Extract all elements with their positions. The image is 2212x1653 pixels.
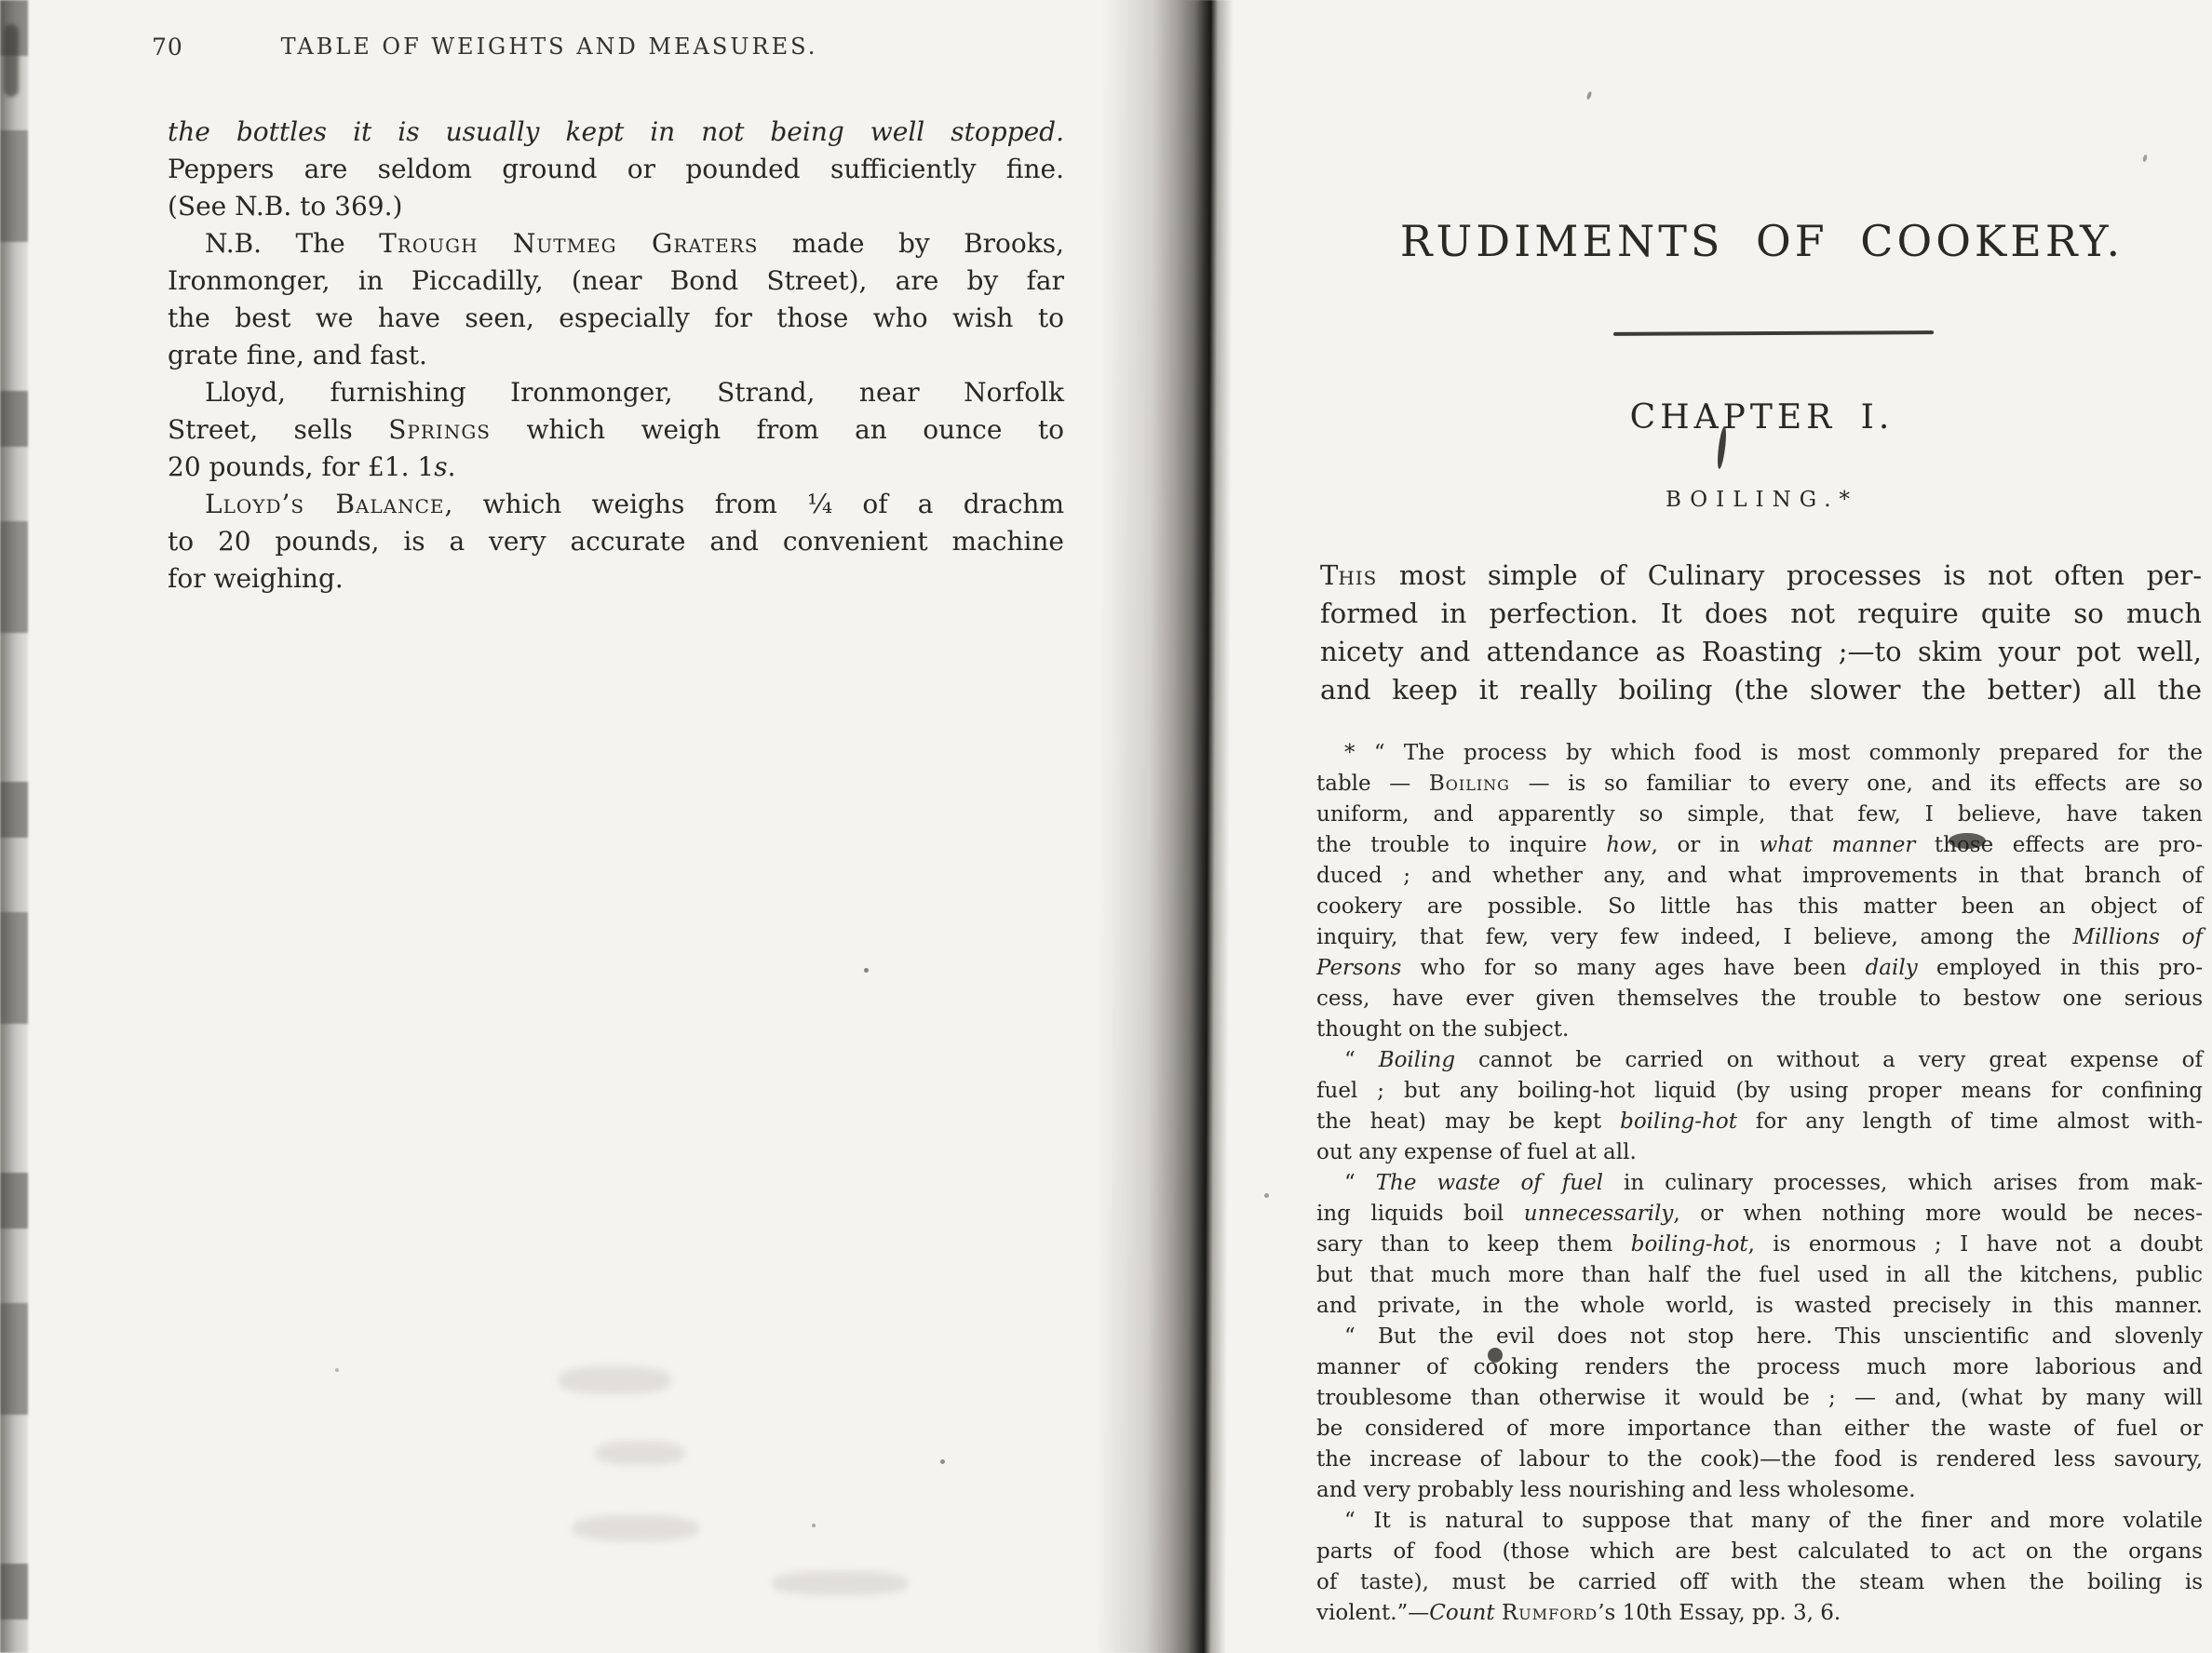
bleed-through-smudge	[596, 1441, 684, 1465]
text-segment: Trough Nutmeg Graters	[379, 228, 758, 259]
text-segment: the best we have seen, especially for th…	[168, 302, 1064, 333]
text-line: fuel ; but any boiling-hot liquid (by us…	[1316, 1076, 2203, 1107]
text-line: N.B. The Trough Nutmeg Graters made by B…	[168, 225, 1064, 262]
text-segment: employed in this pro-	[1918, 956, 2203, 980]
text-segment: , which weighs from ¼ of a drachm	[445, 489, 1065, 519]
text-line: and keep it really boiling (the slower t…	[1320, 671, 2202, 709]
dust-speck	[1264, 1193, 1269, 1198]
dust-speck	[864, 968, 869, 973]
bleed-through-smudge	[573, 1515, 698, 1541]
text-line: but that much more than half the fuel us…	[1316, 1260, 2203, 1291]
text-segment: made by Brooks,	[758, 228, 1064, 259]
text-segment: but that much more than half the fuel us…	[1316, 1263, 2203, 1287]
text-segment: and very probably less nourishing and le…	[1316, 1478, 1916, 1502]
text-segment: , or when nothing more would be neces-	[1673, 1202, 2203, 1226]
text-segment: (See N.B. to 369.)	[168, 191, 402, 222]
text-segment: for weighing.	[168, 563, 344, 594]
text-segment: “	[1344, 1048, 1379, 1072]
text-segment: inquiry, that few, very few indeed, I be…	[1316, 925, 2073, 949]
text-segment: Count	[1429, 1601, 1494, 1625]
text-line: “ It is natural to suppose that many of …	[1316, 1506, 2203, 1537]
text-segment: , is enormous ; I have not a doubt	[1748, 1232, 2203, 1257]
text-line: “ Boiling cannot be carried on without a…	[1316, 1045, 2203, 1076]
text-segment: thought on the subject.	[1316, 1017, 1569, 1042]
text-segment: * “ The process by which food is most co…	[1344, 741, 2203, 765]
text-line: cookery are possible. So little has this…	[1316, 892, 2203, 922]
text-segment: parts of food (those which are best calc…	[1316, 1539, 2203, 1564]
text-segment: boiling-hot	[1620, 1109, 1737, 1134]
title-divider-rule	[1613, 330, 1934, 336]
text-segment: fuel ; but any boiling-hot liquid (by us…	[1316, 1079, 2203, 1103]
running-header: TABLE OF WEIGHTS AND MEASURES.	[158, 34, 940, 60]
text-segment: sary than to keep them	[1316, 1232, 1631, 1257]
text-segment: s	[434, 451, 447, 482]
text-segment: who for so many ages have been	[1401, 956, 1865, 980]
chapter-body: This most simple of Culinary processes i…	[1320, 557, 2202, 709]
text-line: the bottles it is usually kept in not be…	[168, 114, 1064, 151]
text-segment: 20 pounds, for £1. 1	[168, 451, 434, 482]
bleed-through-smudge	[773, 1571, 908, 1595]
text-line: formed in perfection. It does not requir…	[1320, 595, 2202, 633]
text-line: sary than to keep them boiling-hot, is e…	[1316, 1230, 2203, 1260]
text-line: (See N.B. to 369.)	[168, 188, 1064, 225]
text-line: troublesome than otherwise it would be ;…	[1316, 1383, 2203, 1414]
book-title: RUDIMENTS OF COOKERY.	[1322, 216, 2202, 266]
text-line: for weighing.	[168, 560, 1064, 598]
text-segment: Lloyd’s Balance	[205, 489, 445, 519]
text-segment: Ironmonger, in Piccadilly, (near Bond St…	[168, 265, 1064, 296]
text-segment: most simple of Culinary processes is not…	[1377, 559, 2202, 591]
text-line: the best we have seen, especially for th…	[168, 300, 1064, 337]
text-segment: troublesome than otherwise it would be ;…	[1316, 1386, 2203, 1410]
text-segment: ’s 10th Essay, pp. 3, 6.	[1598, 1601, 1841, 1625]
text-segment: “ But the evil does not stop here. This …	[1344, 1324, 2203, 1349]
text-segment: formed in perfection. It does not requir…	[1320, 598, 2202, 629]
text-segment: ing liquids boil	[1316, 1202, 1524, 1226]
text-line: “ But the evil does not stop here. This …	[1316, 1322, 2203, 1352]
dust-speck	[812, 1524, 816, 1527]
text-line: duced ; and whether any, and what improv…	[1316, 861, 2203, 892]
text-segment: the increase of labour to the cook)—the …	[1316, 1447, 2203, 1472]
text-segment: Springs	[388, 414, 491, 445]
text-line: ing liquids boil unnecessarily, or when …	[1316, 1199, 2203, 1230]
left-page-body: the bottles it is usually kept in not be…	[168, 114, 1064, 598]
text-segment: Boiling	[1379, 1048, 1455, 1072]
text-segment: the heat) may be kept	[1316, 1109, 1620, 1134]
text-segment: nicety and attendance as Roasting ;—to s…	[1320, 636, 2202, 667]
text-segment: uniform, and apparently so simple, that …	[1316, 802, 2203, 826]
text-segment: cess, have ever given themselves the tro…	[1316, 987, 2203, 1011]
text-segment: Persons	[1316, 956, 1401, 980]
text-segment: the bottles it is usually kept in not be…	[168, 116, 1064, 147]
text-segment: Millions of	[2073, 925, 2204, 949]
dust-speck	[335, 1368, 339, 1372]
text-segment: N.B. The	[205, 228, 379, 259]
text-segment: unnecessarily	[1524, 1202, 1674, 1226]
text-line: “ The waste of fuel in culinary processe…	[1316, 1168, 2203, 1199]
dust-speck	[940, 1459, 945, 1464]
text-segment: T	[1320, 559, 1338, 591]
text-line: Lloyd, furnishing Ironmonger, Strand, ne…	[168, 374, 1064, 411]
text-line: inquiry, that few, very few indeed, I be…	[1316, 922, 2203, 953]
text-segment: Lloyd, furnishing Ironmonger, Strand, ne…	[205, 377, 1064, 408]
text-line: the heat) may be kept boiling-hot for an…	[1316, 1107, 2203, 1137]
text-line: be considered of more importance than ei…	[1316, 1414, 2203, 1445]
scan-edge-left	[0, 0, 28, 1653]
text-line: of taste), must be carried off with the …	[1316, 1567, 2203, 1598]
text-segment: Boiling	[1429, 772, 1510, 796]
text-line: * “ The process by which food is most co…	[1316, 738, 2203, 769]
text-line: out any expense of fuel at all.	[1316, 1137, 2203, 1168]
text-segment: grate fine, and fast.	[168, 340, 427, 370]
text-line: violent.”—Count Rumford’s 10th Essay, pp…	[1316, 1598, 2203, 1629]
text-line: Peppers are seldom ground or pounded suf…	[168, 151, 1064, 188]
text-line: the trouble to inquire how, or in what m…	[1316, 830, 2203, 861]
text-segment: table —	[1316, 772, 1429, 796]
text-segment: daily	[1866, 956, 1918, 980]
text-segment: Peppers are seldom ground or pounded suf…	[168, 154, 1064, 184]
text-line: Persons who for so many ages have been d…	[1316, 953, 2203, 984]
text-line: parts of food (those which are best calc…	[1316, 1537, 2203, 1567]
text-segment: and keep it really boiling (the slower t…	[1320, 674, 2202, 706]
text-segment: and private, in the whole world, is wast…	[1316, 1294, 2203, 1318]
text-segment: out any expense of fuel at all.	[1316, 1140, 1637, 1164]
text-line: uniform, and apparently so simple, that …	[1316, 800, 2203, 830]
text-segment: — is so familiar to every one, and its e…	[1510, 772, 2203, 796]
text-segment: “ It is natural to suppose that many of …	[1344, 1509, 2203, 1533]
text-segment: in culinary processes, which arises from…	[1603, 1171, 2203, 1195]
text-segment: for any length of time almost with-	[1737, 1109, 2203, 1134]
text-segment: the trouble to inquire	[1316, 833, 1606, 857]
dust-speck	[1586, 91, 1593, 101]
text-segment: “	[1344, 1171, 1376, 1195]
text-segment: what manner	[1760, 833, 1916, 857]
text-segment: cannot be carried on without a very grea…	[1455, 1048, 2203, 1072]
text-line: to 20 pounds, is a very accurate and con…	[168, 523, 1064, 560]
text-segment: cookery are possible. So little has this…	[1316, 894, 2203, 919]
text-line: and very probably less nourishing and le…	[1316, 1475, 2203, 1506]
text-line: This most simple of Culinary processes i…	[1320, 557, 2202, 595]
text-segment: to 20 pounds, is a very accurate and con…	[168, 526, 1064, 557]
text-segment: Street, sells	[168, 414, 388, 445]
text-segment: Rumford	[1502, 1601, 1598, 1625]
text-segment: violent.”—	[1316, 1601, 1429, 1625]
bleed-through-smudge	[559, 1366, 670, 1394]
dust-speck	[2142, 155, 2148, 163]
text-segment: manner of cooking renders the process mu…	[1316, 1355, 2203, 1379]
book-scan: 70 TABLE OF WEIGHTS AND MEASURES. the bo…	[0, 0, 2212, 1653]
text-line: and private, in the whole world, is wast…	[1316, 1291, 2203, 1322]
text-segment: boiling-hot	[1631, 1232, 1748, 1257]
text-line: Lloyd’s Balance, which weighs from ¼ of …	[168, 486, 1064, 523]
text-line: cess, have ever given themselves the tro…	[1316, 984, 2203, 1015]
book-gutter-shadow	[1095, 0, 1251, 1653]
text-segment: his	[1338, 559, 1377, 591]
footnote: * “ The process by which food is most co…	[1316, 738, 2203, 1629]
text-line: thought on the subject.	[1316, 1015, 2203, 1045]
section-heading: BOILING.*	[1322, 488, 2202, 512]
text-line: manner of cooking renders the process mu…	[1316, 1352, 2203, 1383]
text-segment: of taste), must be carried off with the …	[1316, 1570, 2203, 1594]
text-line: grate fine, and fast.	[168, 337, 1064, 374]
text-line: table — Boiling — is so familiar to ever…	[1316, 769, 2203, 800]
text-segment: duced ; and whether any, and what improv…	[1316, 864, 2203, 888]
text-segment	[1495, 1601, 1502, 1625]
text-line: the increase of labour to the cook)—the …	[1316, 1445, 2203, 1475]
text-segment: how	[1606, 833, 1651, 857]
text-segment: be considered of more importance than ei…	[1316, 1417, 2203, 1441]
text-segment: , or in	[1652, 833, 1760, 857]
text-segment: which weigh from an ounce to	[491, 414, 1064, 445]
text-line: Ironmonger, in Piccadilly, (near Bond St…	[168, 262, 1064, 300]
text-line: nicety and attendance as Roasting ;—to s…	[1320, 633, 2202, 671]
text-line: Street, sells Springs which weigh from a…	[168, 411, 1064, 449]
chapter-heading: CHAPTER I.	[1322, 398, 2202, 437]
scan-edge-blob	[4, 24, 19, 97]
text-line: 20 pounds, for £1. 1s.	[168, 449, 1064, 486]
text-segment: those effects are pro-	[1915, 833, 2203, 857]
text-segment: .	[448, 451, 456, 482]
text-segment: The waste of fuel	[1376, 1171, 1603, 1195]
